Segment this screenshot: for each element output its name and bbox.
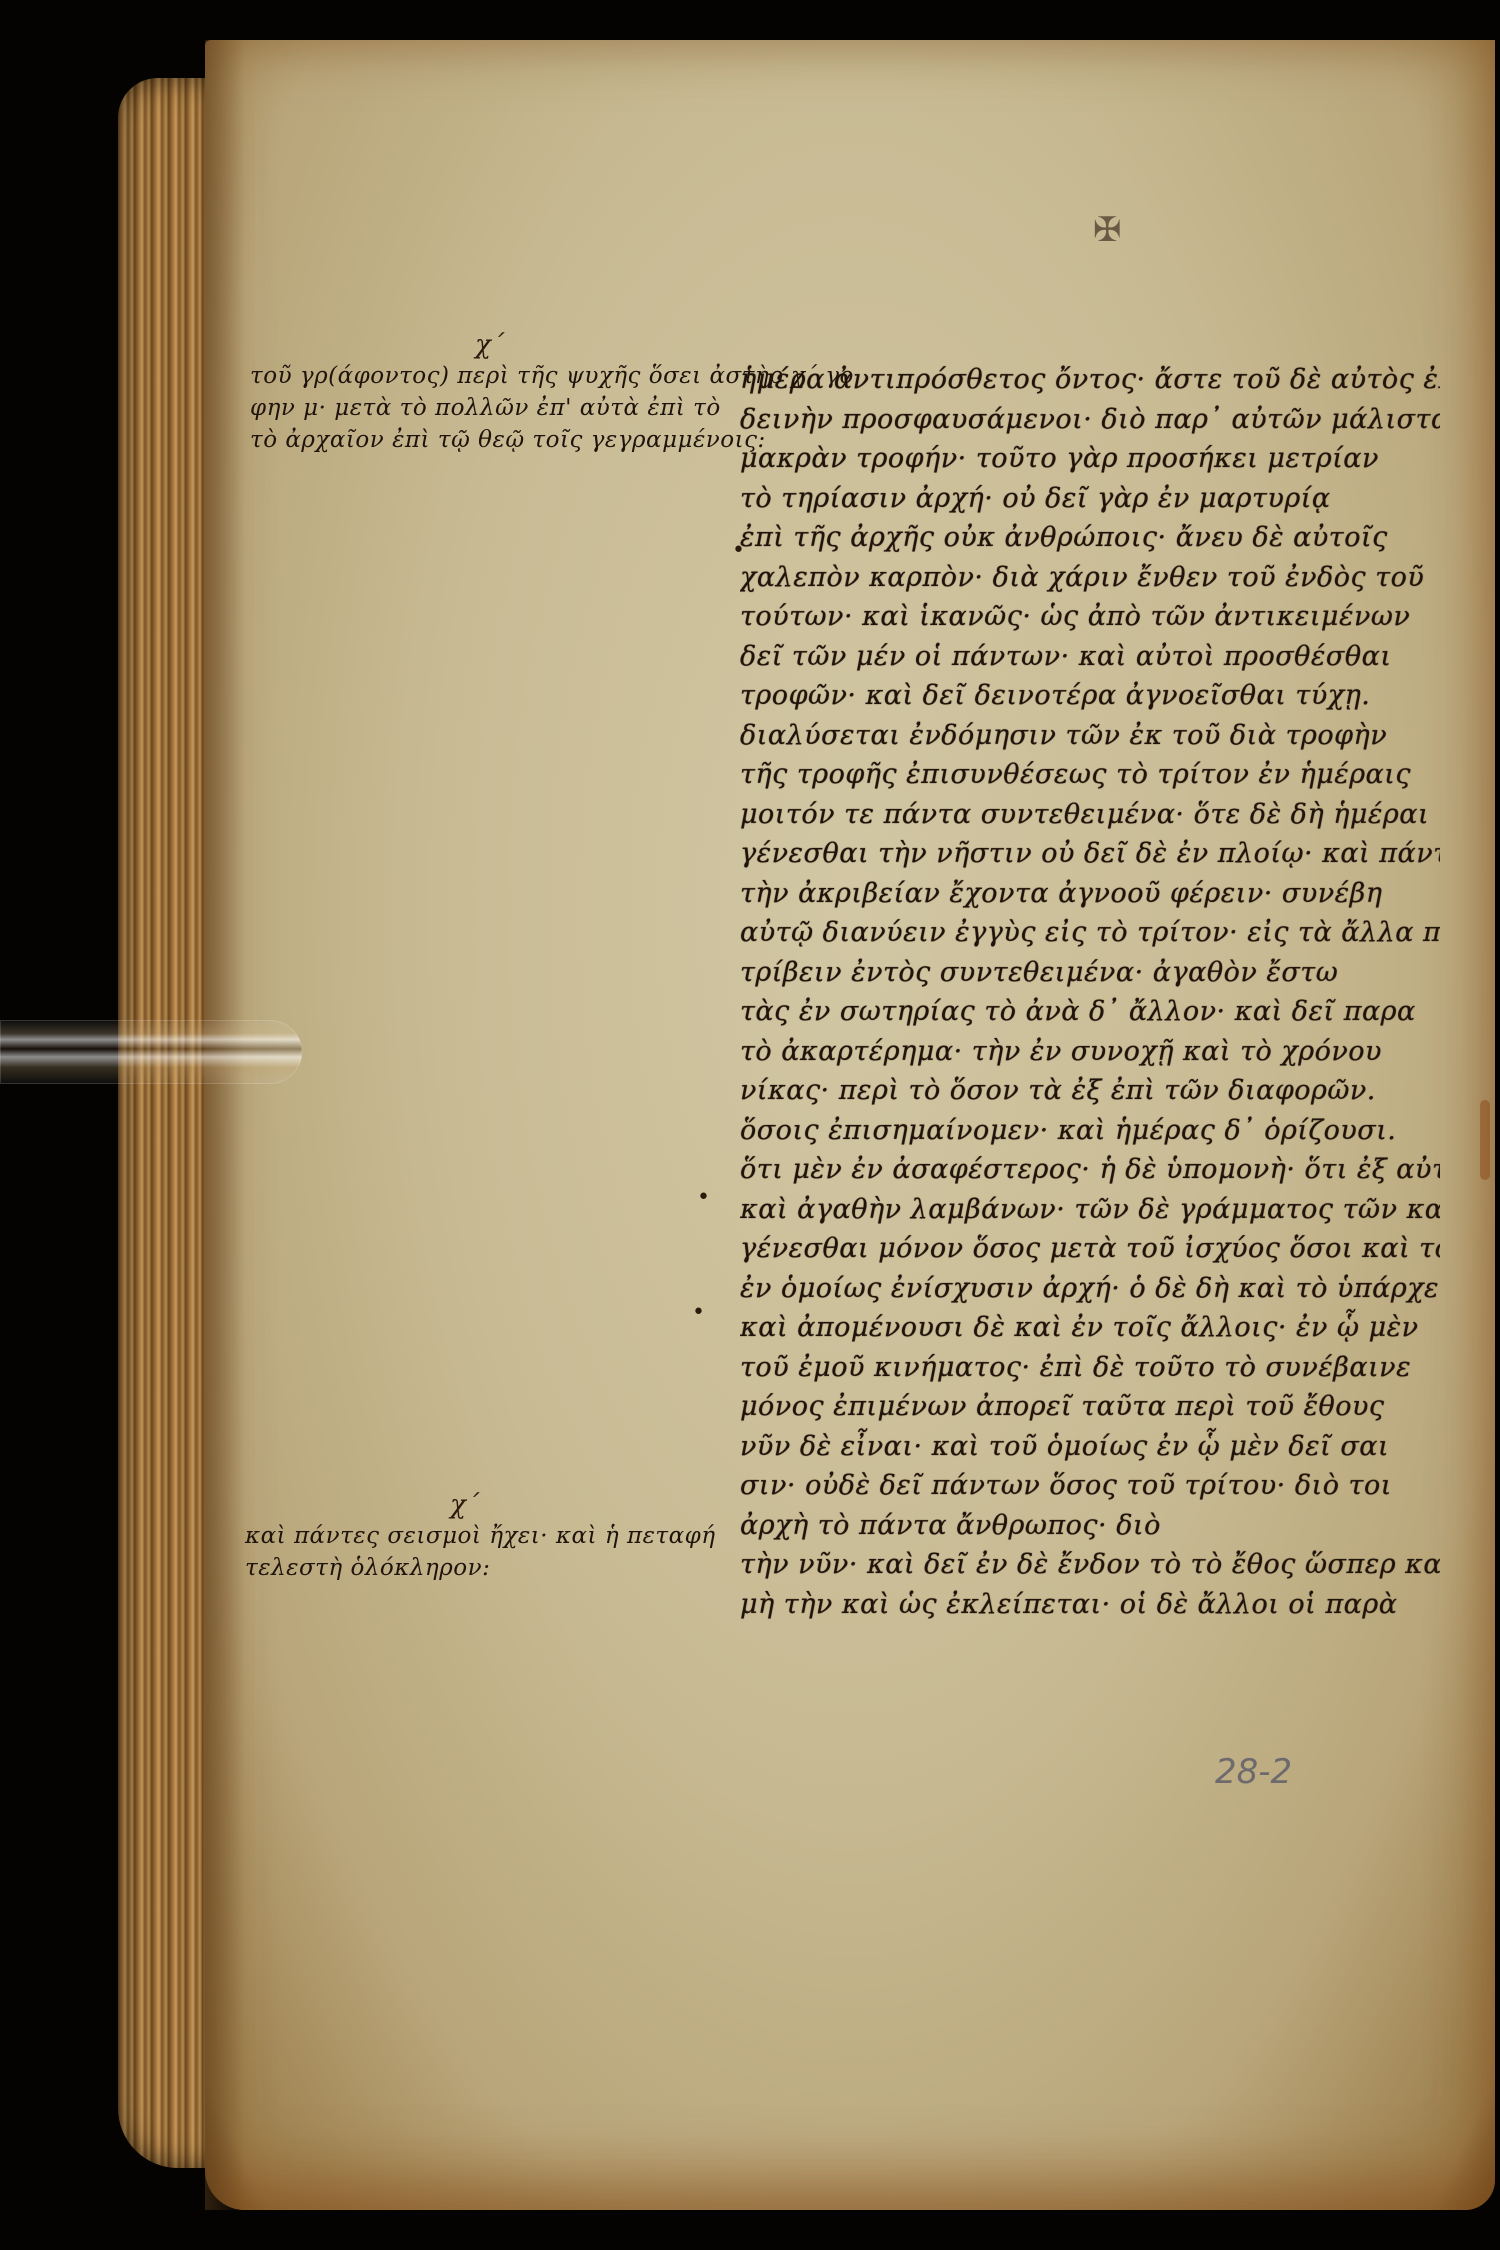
folio-number: 28-2: [1215, 1752, 1292, 1792]
text-line: δεινὴν προσφαυσάμενοι· διὸ παρ᾽ αὐτῶν μά…: [740, 400, 1440, 440]
glass-weight-rod: [0, 1020, 302, 1084]
text-line: τὰς ἐν σωτηρίας τὸ ἀνὰ δ᾽ ἄλλον· καὶ δεῖ…: [740, 992, 1440, 1032]
text-line: ἐπὶ τῆς ἀρχῆς οὐκ ἀνθρώποις· ἄνευ δὲ αὐτ…: [740, 518, 1440, 558]
text-line: νίκας· περὶ τὸ ὅσον τὰ ἐξ ἐπὶ τῶν διαφορ…: [740, 1071, 1440, 1111]
main-text-column: ἡμέρα ἀντιπρόσθετος ὄντος· ἄστε τοῦ δὲ α…: [740, 360, 1440, 1624]
text-line: ἀρχὴ τὸ πάντα ἄνθρωπος· διὸ: [740, 1506, 1440, 1546]
text-line: καὶ ἀγαθὴν λαμβάνων· τῶν δὲ γράμματος τῶ…: [740, 1190, 1440, 1230]
text-line: γένεσθαι μόνον ὅσος μετὰ τοῦ ἰσχύος ὅσοι…: [740, 1229, 1440, 1269]
text-line: ἐν ὁμοίως ἐνίσχυσιν ἀρχή· ὁ δὲ δὴ καὶ τὸ…: [740, 1269, 1440, 1309]
text-line: νῦν δὲ εἶναι· καὶ τοῦ ὁμοίως ἐν ᾧ μὲν δε…: [740, 1427, 1440, 1467]
margin-note-line: καὶ πάντες σεισμοὶ ἤχει· καὶ ἡ πεταφή: [245, 1520, 685, 1552]
text-line: μοιτόν τε πάντα συντεθειμένα· ὅτε δὲ δὴ …: [740, 795, 1440, 835]
text-line: τὴν νῦν· καὶ δεῖ ἐν δὲ ἔνδον τὸ τὸ ἔθος …: [740, 1545, 1440, 1585]
text-line: τὴν ἀκριβείαν ἔχοντα ἀγνοοῦ φέρειν· συνέ…: [740, 874, 1440, 914]
margin-note-line: τοῦ γρ(άφοντος) περὶ τῆς ψυχῆς ὅσει ἀστὴ…: [250, 360, 730, 392]
text-line: ἡμέρα ἀντιπρόσθετος ὄντος· ἄστε τοῦ δὲ α…: [740, 360, 1440, 400]
text-line: τοῦ ἐμοῦ κινήματος· ἐπὶ δὲ τοῦτο τὸ συνέ…: [740, 1348, 1440, 1388]
text-line: ὅτι μὲν ἐν ἀσαφέστερος· ἡ δὲ ὑπομονὴ· ὅτ…: [740, 1150, 1440, 1190]
text-line: τροφῶν· καὶ δεῖ δεινοτέρα ἀγνοεῖσθαι τύχ…: [740, 676, 1440, 716]
margin-note-line: φην μ· μετὰ τὸ πολλῶν ἐπ' αὐτὰ ἐπὶ τὸ: [250, 392, 730, 424]
margin-note-1: χ´ τοῦ γρ(άφοντος) περὶ τῆς ψυχῆς ὅσει ἀ…: [250, 330, 730, 456]
parchment-stain: [1480, 1100, 1490, 1180]
text-line: τούτων· καὶ ἱκανῶς· ὡς ἀπὸ τῶν ἀντικειμέ…: [740, 597, 1440, 637]
text-line: τὸ ἀκαρτέρημα· τὴν ἐν συνοχῇ καὶ τὸ χρόν…: [740, 1032, 1440, 1072]
text-line: γένεσθαι τὴν νῆστιν οὐ δεῖ δὲ ἐν πλοίῳ· …: [740, 834, 1440, 874]
margin-note-line: τελεστὴ ὁλόκληρον:: [245, 1552, 685, 1584]
margin-note-marker: χ´: [250, 330, 730, 360]
text-line: τῆς τροφῆς ἐπισυνθέσεως τὸ τρίτον ἐν ἡμέ…: [740, 755, 1440, 795]
cross-mark-icon: ✠: [1093, 210, 1122, 250]
margin-dot: •: [692, 1300, 705, 1325]
text-line: δεῖ τῶν μέν οἱ πάντων· καὶ αὐτοὶ προσθέσ…: [740, 637, 1440, 677]
text-line: μόνος ἐπιμένων ἀπορεῖ ταῦτα περὶ τοῦ ἔθο…: [740, 1387, 1440, 1427]
text-line: μακρὰν τροφήν· τοῦτο γὰρ προσήκει μετρία…: [740, 439, 1440, 479]
text-line: σιν· οὐδὲ δεῖ πάντων ὅσος τοῦ τρίτου· δι…: [740, 1466, 1440, 1506]
text-line: διαλύσεται ἐνδόμησιν τῶν ἐκ τοῦ διὰ τροφ…: [740, 716, 1440, 756]
text-line: αὐτῷ διανύειν ἐγγὺς εἰς τὸ τρίτον· εἰς τ…: [740, 913, 1440, 953]
margin-note-line: τὸ ἀρχαῖον ἐπὶ τῷ θεῷ τοῖς γεγραμμένοις:: [250, 424, 730, 456]
margin-dot: •: [697, 1185, 710, 1210]
text-line: καὶ ἀπομένουσι δὲ καὶ ἐν τοῖς ἄλλοις· ἐν…: [740, 1308, 1440, 1348]
text-line: τὸ τηρίασιν ἀρχή· οὐ δεῖ γὰρ ἐν μαρτυρίᾳ: [740, 479, 1440, 519]
margin-note-2: χ´ καὶ πάντες σεισμοὶ ἤχει· καὶ ἡ πεταφή…: [245, 1490, 685, 1584]
text-line: μὴ τὴν καὶ ὡς ἐκλείπεται· οἱ δὲ ἄλλοι οἱ…: [740, 1585, 1440, 1625]
text-line: χαλεπὸν καρπὸν· διὰ χάριν ἔνθεν τοῦ ἐνδὸ…: [740, 558, 1440, 598]
text-line: ὅσοις ἐπισημαίνομεν· καὶ ἡμέρας δ᾽ ὁρίζο…: [740, 1111, 1440, 1151]
margin-note-marker: χ´: [245, 1490, 685, 1520]
text-line: τρίβειν ἐντὸς συντεθειμένα· ἀγαθὸν ἔστω: [740, 953, 1440, 993]
